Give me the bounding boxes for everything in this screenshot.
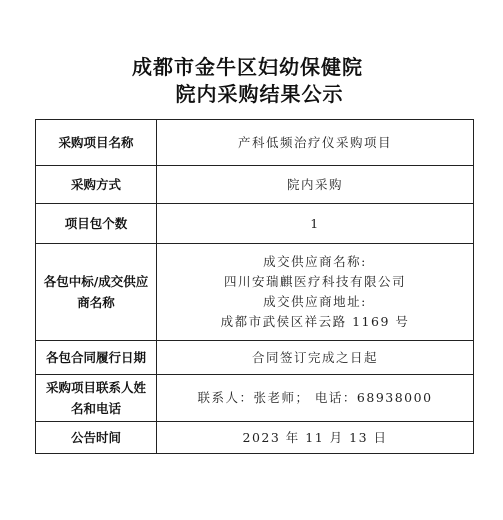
document-title-line2: 院内采购结果公示: [8, 78, 503, 107]
label-supplier-line2: 商名称: [36, 292, 156, 313]
label-contact-line2: 名和电话: [36, 398, 156, 419]
table-row-supplier: 各包中标/成交供应 商名称 成交供应商名称: 四川安瑞麒医疗科技有限公司 成交供…: [36, 244, 474, 341]
procurement-result-table: 采购项目名称 产科低频治疗仪采购项目 采购方式 院内采购 项目包个数 1 各包中…: [35, 119, 474, 454]
value-contact: 联系人：张老师； 电话：68938000: [157, 375, 474, 422]
supplier-address: 成都市武侯区祥云路 1169 号: [157, 312, 473, 332]
label-announcement-date: 公告时间: [36, 422, 157, 454]
label-contact-line1: 采购项目联系人姓: [36, 377, 156, 398]
table-row-project-name: 采购项目名称 产科低频治疗仪采购项目: [36, 120, 474, 166]
label-supplier: 各包中标/成交供应 商名称: [36, 244, 157, 341]
value-announcement-date: 2023 年 11 月 13 日: [157, 422, 474, 454]
label-contact: 采购项目联系人姓 名和电话: [36, 375, 157, 422]
value-project-name: 产科低频治疗仪采购项目: [157, 120, 474, 166]
table-row-package-count: 项目包个数 1: [36, 204, 474, 244]
document-title-line1: 成都市金牛区妇幼保健院: [0, 51, 499, 80]
label-project-name: 采购项目名称: [36, 120, 157, 166]
value-procurement-method: 院内采购: [157, 166, 474, 204]
label-supplier-line1: 各包中标/成交供应: [36, 271, 156, 292]
table-row-procurement-method: 采购方式 院内采购: [36, 166, 474, 204]
table-row-contract-date: 各包合同履行日期 合同签订完成之日起: [36, 341, 474, 375]
supplier-name-label: 成交供应商名称:: [157, 252, 473, 272]
label-procurement-method: 采购方式: [36, 166, 157, 204]
value-package-count: 1: [157, 204, 474, 244]
supplier-address-label: 成交供应商地址:: [157, 292, 473, 312]
value-contract-date: 合同签订完成之日起: [157, 341, 474, 375]
label-contract-date: 各包合同履行日期: [36, 341, 157, 375]
table-row-announcement-date: 公告时间 2023 年 11 月 13 日: [36, 422, 474, 454]
value-supplier: 成交供应商名称: 四川安瑞麒医疗科技有限公司 成交供应商地址: 成都市武侯区祥云…: [157, 244, 474, 341]
supplier-name: 四川安瑞麒医疗科技有限公司: [157, 272, 473, 292]
table-row-contact: 采购项目联系人姓 名和电话 联系人：张老师； 电话：68938000: [36, 375, 474, 422]
label-package-count: 项目包个数: [36, 204, 157, 244]
